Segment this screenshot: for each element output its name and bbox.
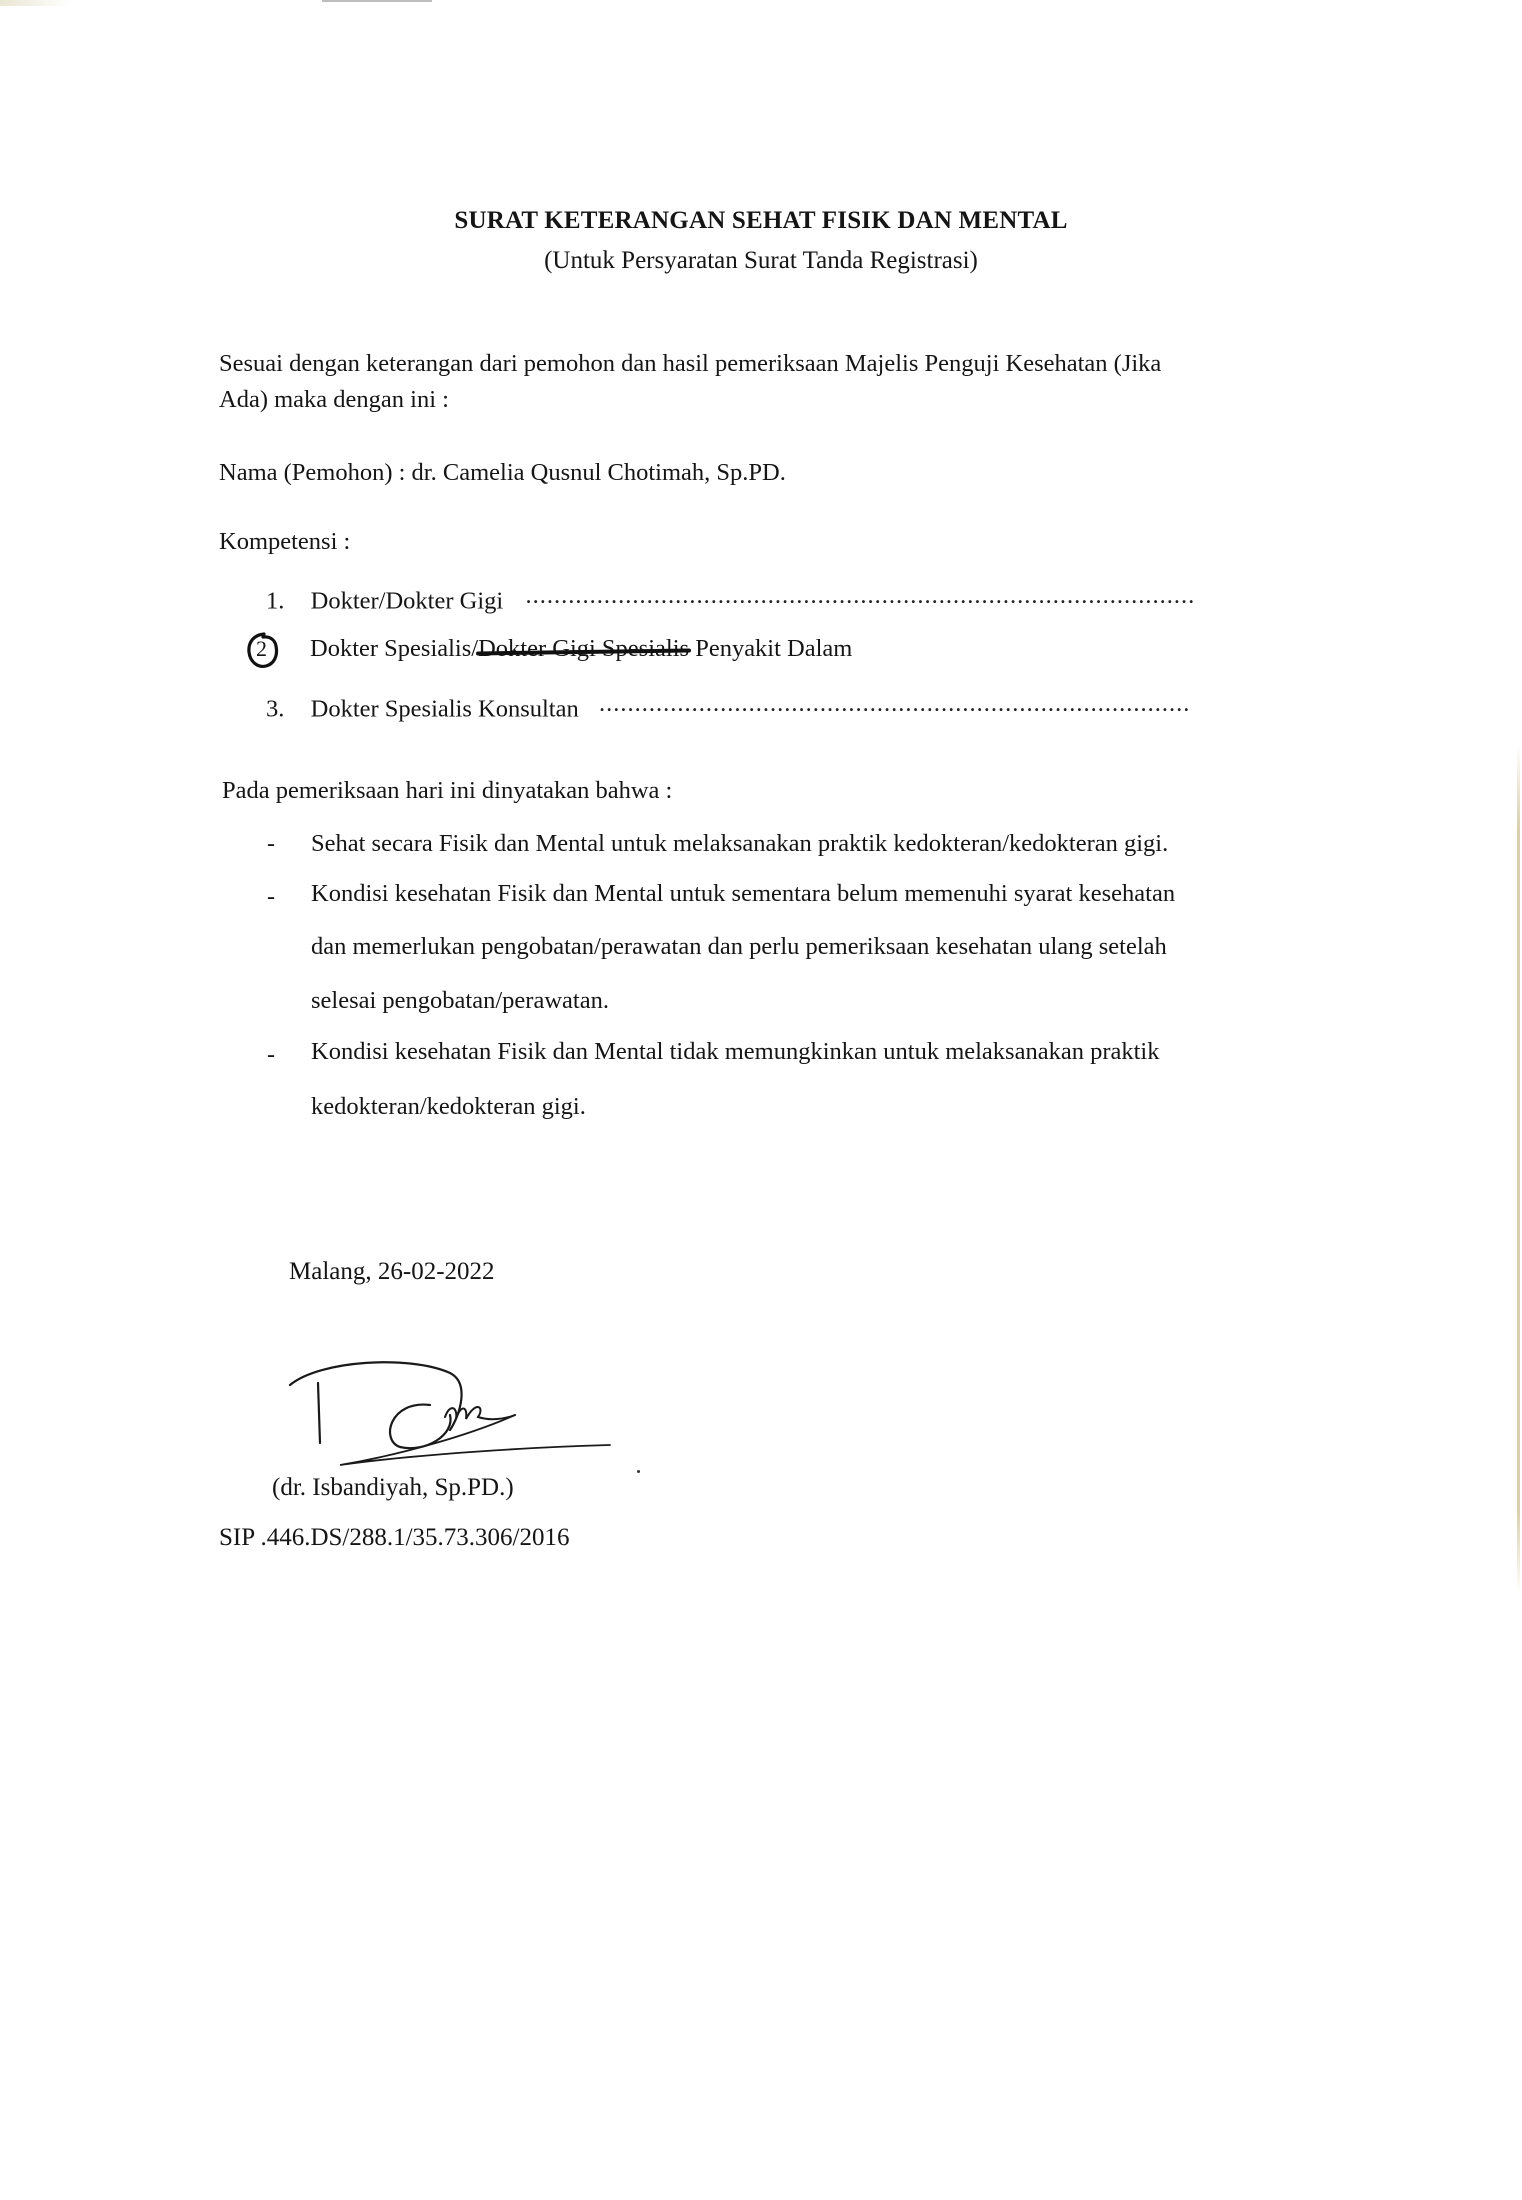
scan-edge-right	[1517, 745, 1520, 1595]
competence-label: Kompetensi :	[219, 530, 350, 555]
scan-edge-top	[322, 0, 432, 2]
bullet-dash: -	[267, 1043, 275, 1067]
place-date: Malang, 26-02-2022	[289, 1259, 495, 1284]
finding-3-line-2: kedokteran/kedokteran gigi.	[311, 1095, 586, 1120]
signatory-name: (dr. Isbandiyah, Sp.PD.)	[272, 1475, 514, 1500]
findings-label: Pada pemeriksaan hari ini dinyatakan bah…	[222, 779, 672, 804]
license-number: SIP .446.DS/288.1/35.73.306/2016	[219, 1525, 570, 1550]
competence-item-3: 3. Dokter Spesialis Konsultan ..........…	[266, 692, 1219, 722]
competence-text: Dokter Spesialis/	[310, 635, 478, 662]
competence-specialty: Penyakit Dalam	[689, 635, 852, 662]
competence-number: 1.	[266, 588, 284, 615]
competence-text: Dokter Spesialis Konsultan	[311, 696, 579, 723]
competence-number: 3.	[266, 696, 284, 723]
competence-text: Dokter/Dokter Gigi	[311, 588, 504, 615]
competence-item-2: Dokter Spesialis/Dokter Gigi Spesialis P…	[310, 637, 852, 662]
bullet-dash: -	[267, 832, 275, 856]
intro-line-1: Sesuai dengan keterangan dari pemohon da…	[219, 352, 1161, 377]
finding-2-line-3: selesai pengobatan/perawatan.	[311, 989, 609, 1014]
struck-text: Dokter Gigi Spesialis	[478, 635, 689, 662]
document-subtitle: (Untuk Persyaratan Surat Tanda Registras…	[0, 248, 1522, 273]
fill-dots: ........................................…	[525, 584, 1225, 609]
document-title: SURAT KETERANGAN SEHAT FISIK DAN MENTAL	[0, 208, 1522, 233]
bullet-dash: -	[267, 885, 275, 909]
fill-dots: ........................................…	[599, 692, 1219, 717]
intro-line-2: Ada) maka dengan ini :	[219, 388, 449, 413]
signature-icon	[280, 1355, 660, 1480]
finding-2-line-2: dan memerlukan pengobatan/perawatan dan …	[311, 935, 1167, 960]
finding-1-line-1: Sehat secara Fisik dan Mental untuk mela…	[311, 832, 1168, 857]
competence-item-1: 1. Dokter/Dokter Gigi ..................…	[266, 584, 1225, 614]
finding-3-line-1: Kondisi kesehatan Fisik dan Mental tidak…	[311, 1040, 1159, 1065]
competence-number-circled: 2	[256, 638, 267, 660]
stray-mark	[637, 1470, 640, 1473]
finding-2-line-1: Kondisi kesehatan Fisik dan Mental untuk…	[311, 882, 1175, 907]
scan-edge-top-left	[0, 0, 70, 6]
applicant-name: Nama (Pemohon) : dr. Camelia Qusnul Chot…	[219, 461, 786, 486]
